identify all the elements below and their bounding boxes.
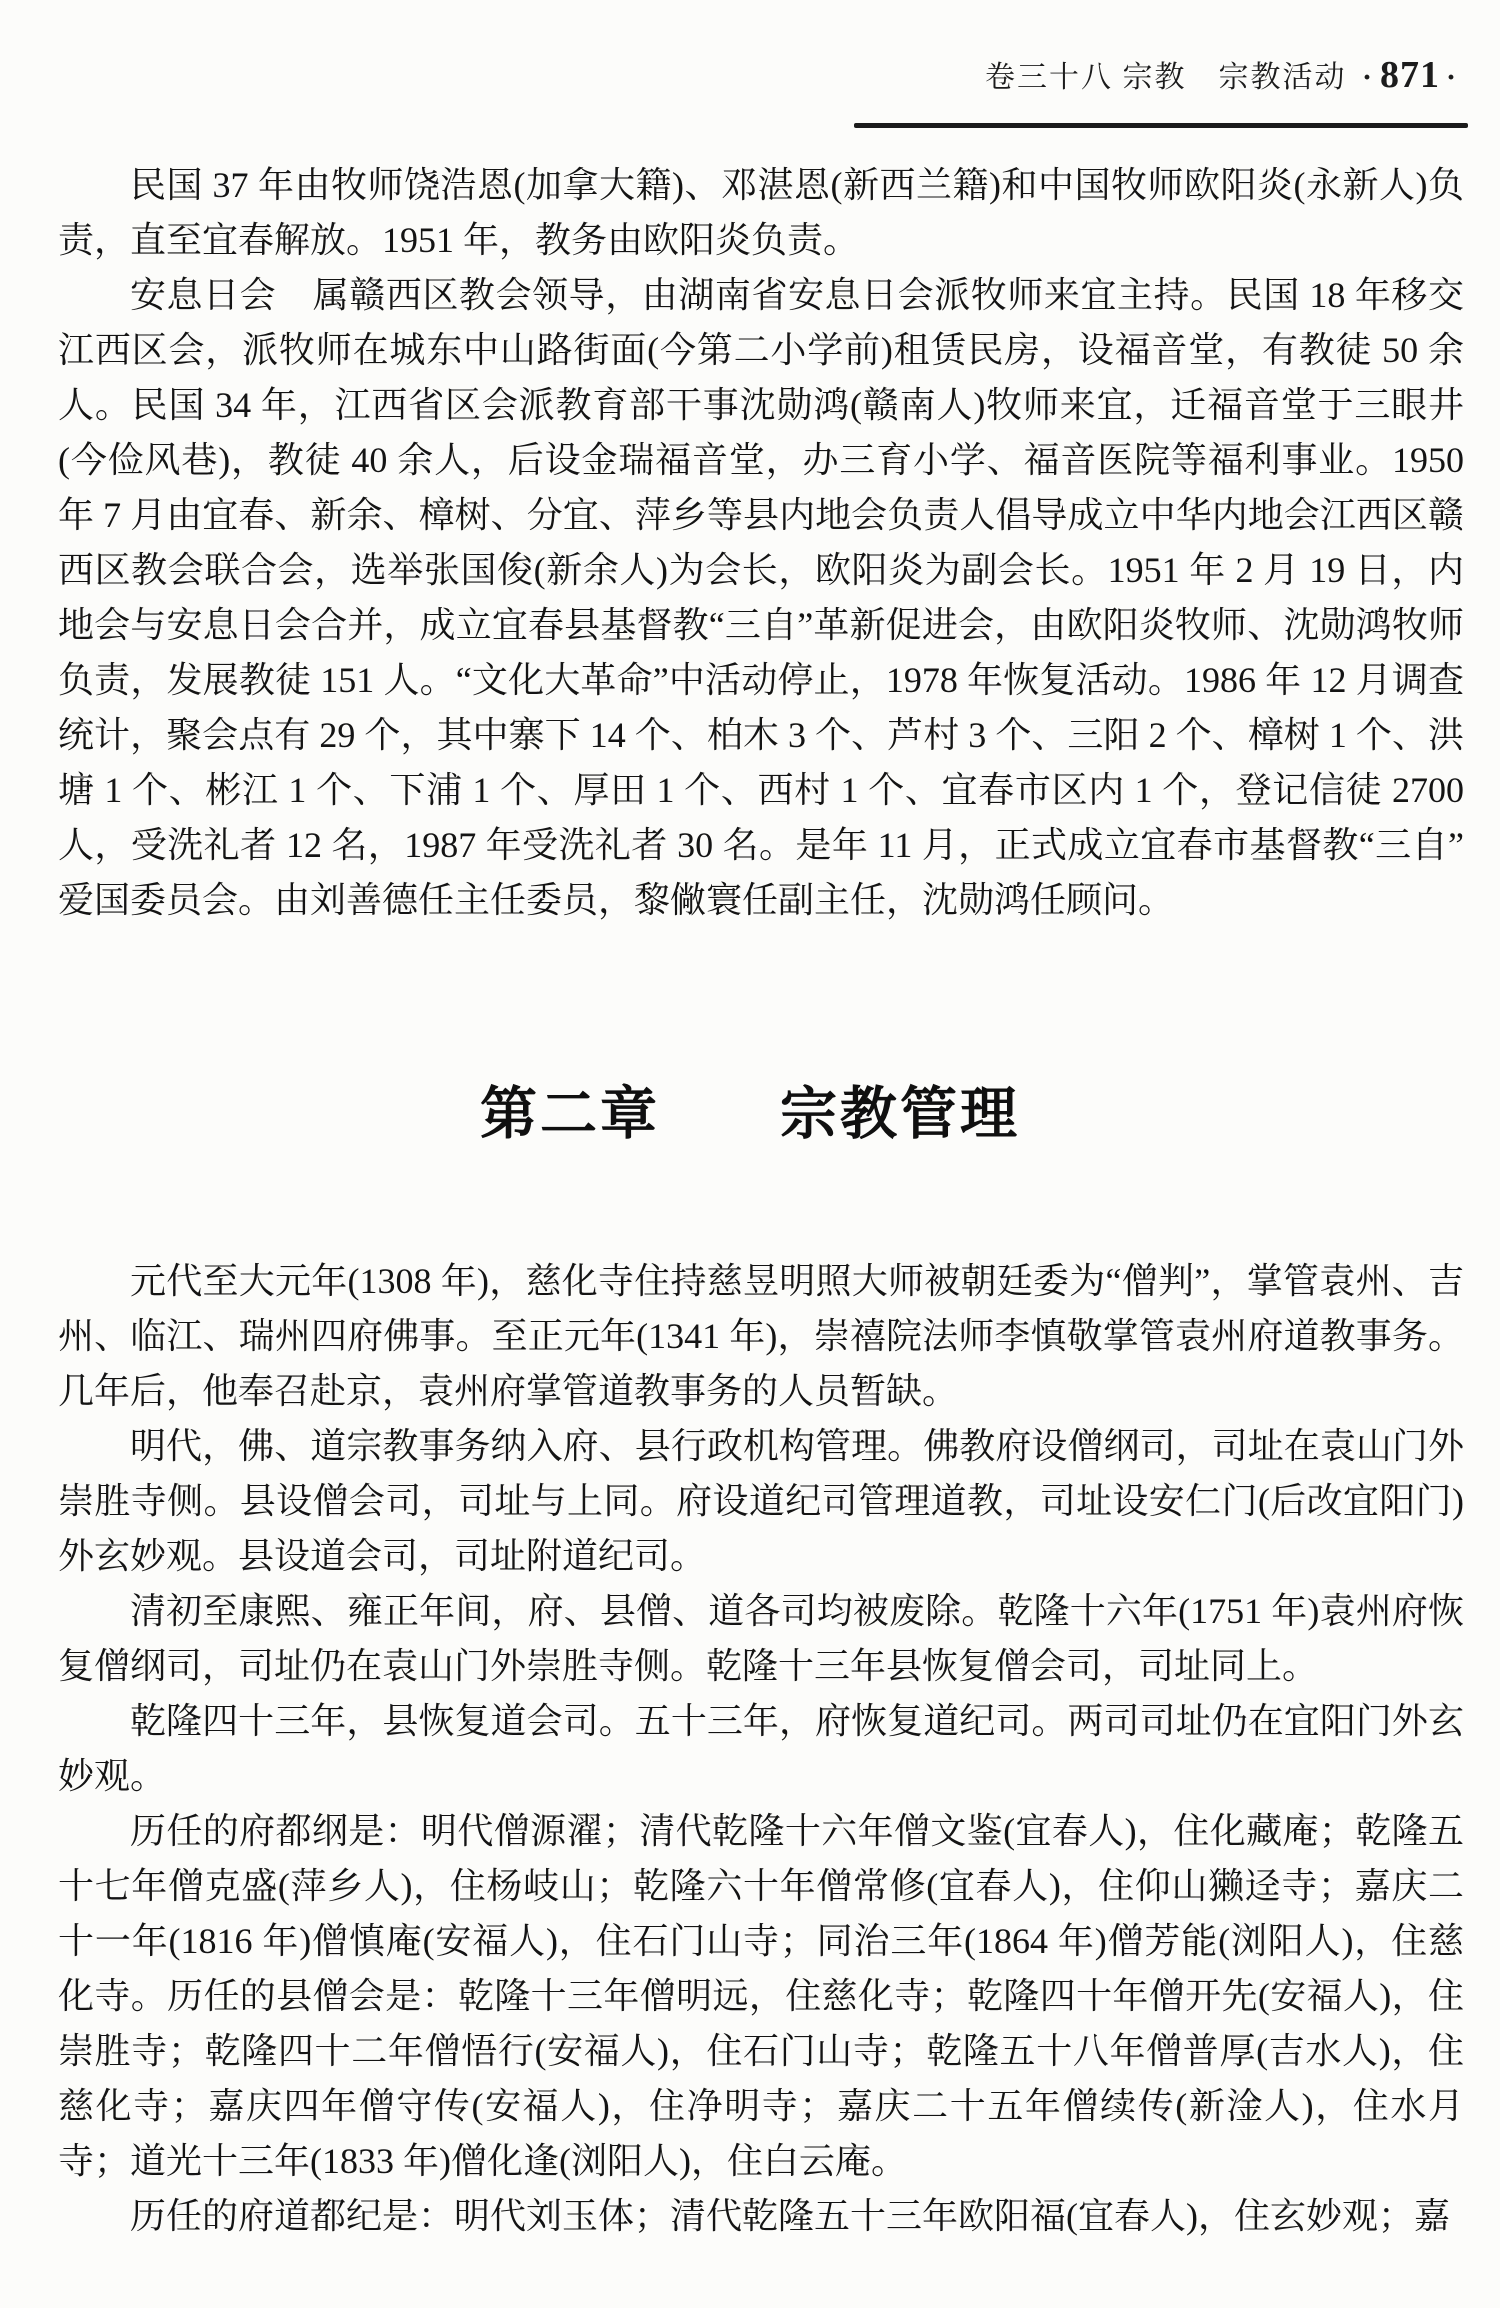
page-number-left-dot: ·	[1356, 61, 1380, 94]
paragraph-text: 历任的府都纲是：明代僧源濯；清代乾隆十六年僧文鉴(宜春人)，住化藏庵；乾隆五十七…	[58, 1811, 1464, 2181]
paragraph-text: 元代至大元年(1308 年)，慈化寺住持慈昱明照大师被朝廷委为“僧判”，掌管袁州…	[58, 1261, 1464, 1411]
running-header: 卷三十八 宗教 宗教活动 ·871·	[985, 52, 1464, 97]
paragraph-text: 民国 37 年由牧师饶浩恩(加拿大籍)、邓湛恩(新西兰籍)和中国牧师欧阳炎(永新…	[58, 165, 1464, 260]
paragraph-text: 乾隆四十三年，县恢复道会司。五十三年，府恢复道纪司。两司司址仍在宜阳门外玄妙观。	[58, 1701, 1464, 1796]
paragraph-text: 历任的府道都纪是：明代刘玉体；清代乾隆五十三年欧阳福(宜春人)，住玄妙观；嘉	[130, 2196, 1450, 2236]
paragraph-yuan-dynasty: 元代至大元年(1308 年)，慈化寺住持慈昱明照大师被朝廷委为“僧判”，掌管袁州…	[58, 1254, 1464, 1419]
paragraph-text: 明代，佛、道宗教事务纳入府、县行政机构管理。佛教府设僧纲司，司址在袁山门外崇胜寺…	[58, 1426, 1464, 1576]
page-number-right-dot: ·	[1440, 61, 1464, 94]
paragraph-monk-officials: 历任的府都纲是：明代僧源濯；清代乾隆十六年僧文鉴(宜春人)，住化藏庵；乾隆五十七…	[58, 1804, 1464, 2189]
paragraph-minguo-pastors: 民国 37 年由牧师饶浩恩(加拿大籍)、邓湛恩(新西兰籍)和中国牧师欧阳炎(永新…	[58, 158, 1464, 268]
paragraph-ming-dynasty: 明代，佛、道宗教事务纳入府、县行政机构管理。佛教府设僧纲司，司址在袁山门外崇胜寺…	[58, 1419, 1464, 1584]
chapter-heading: 第二章 宗教管理	[0, 1068, 1500, 1150]
scanned-gazetteer-page: 卷三十八 宗教 宗教活动 ·871· 民国 37 年由牧师饶浩恩(加拿大籍)、邓…	[0, 0, 1500, 2308]
section-christian-activity: 民国 37 年由牧师饶浩恩(加拿大籍)、邓湛恩(新西兰籍)和中国牧师欧阳炎(永新…	[58, 158, 1464, 928]
page-number: ·871·	[1356, 61, 1464, 94]
paragraph-adventist-church: 安息日会 属赣西区教会领导，由湖南省安息日会派牧师来宜主持。民国 18 年移交江…	[58, 268, 1464, 928]
paragraph-early-qing: 清初至康熙、雍正年间，府、县僧、道各司均被废除。乾隆十六年(1751 年)袁州府…	[58, 1584, 1464, 1694]
header-rule	[854, 123, 1468, 128]
paragraph-taoist-officials: 历任的府道都纪是：明代刘玉体；清代乾隆五十三年欧阳福(宜春人)，住玄妙观；嘉	[58, 2189, 1464, 2244]
entry-term: 安息日会	[130, 275, 276, 315]
page-number-value: 871	[1380, 54, 1440, 96]
section-religion-management: 元代至大元年(1308 年)，慈化寺住持慈昱明照大师被朝廷委为“僧判”，掌管袁州…	[58, 1254, 1464, 2244]
running-title: 卷三十八 宗教 宗教活动	[985, 61, 1347, 94]
paragraph-text: 清初至康熙、雍正年间，府、县僧、道各司均被废除。乾隆十六年(1751 年)袁州府…	[58, 1591, 1464, 1686]
paragraph-qianlong-restore: 乾隆四十三年，县恢复道会司。五十三年，府恢复道纪司。两司司址仍在宜阳门外玄妙观。	[58, 1694, 1464, 1804]
paragraph-text: 属赣西区教会领导，由湖南省安息日会派牧师来宜主持。民国 18 年移交江西区会，派…	[58, 275, 1464, 920]
